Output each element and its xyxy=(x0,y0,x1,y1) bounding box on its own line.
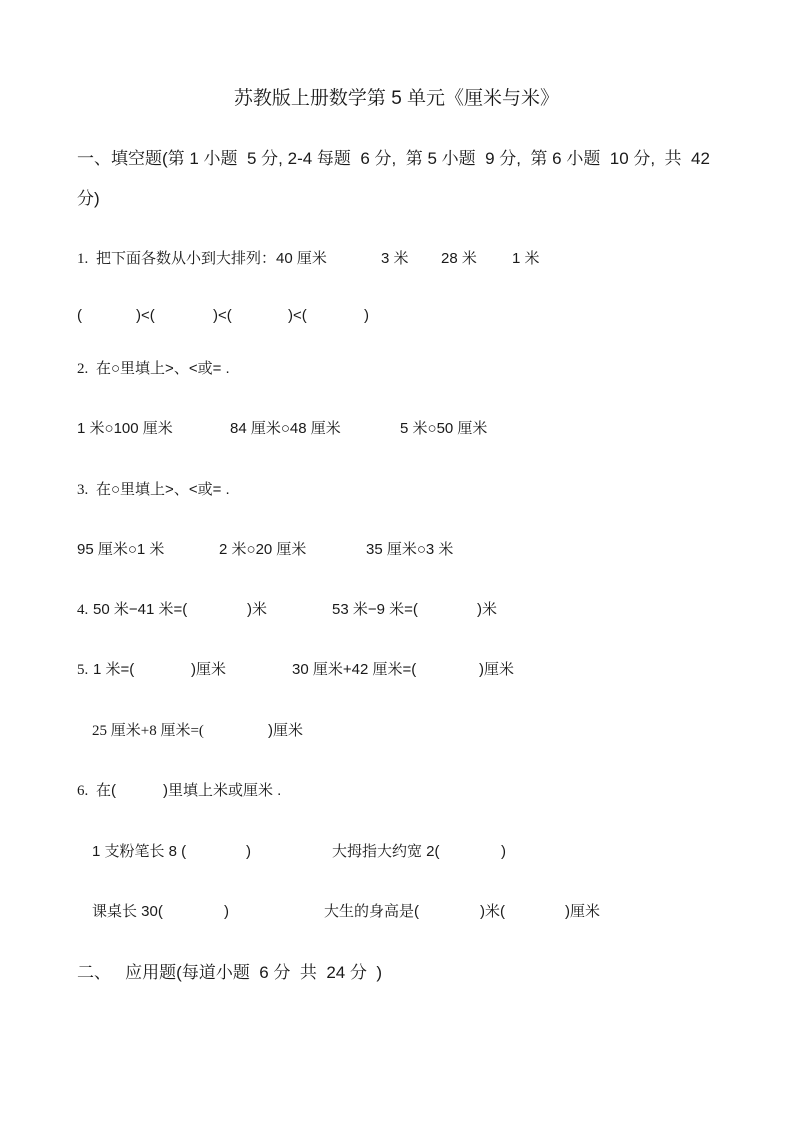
fill-item-left: 大拇指大约宽 2( xyxy=(332,842,440,862)
equation-left: 25 厘米+8 厘米=( xyxy=(92,721,204,741)
comparison-item: 95 厘米○1 米 xyxy=(77,540,164,560)
equation-right: )厘米 xyxy=(191,660,226,680)
question-prompt: 在○里填上>、<或= . xyxy=(96,480,230,500)
section-2-heading: 二、 应用题(每道小题 6 分 共 24 分 ) xyxy=(77,962,382,984)
fill-item-right: )厘米 xyxy=(565,902,600,922)
comparison-item: 5 米○50 厘米 xyxy=(400,419,487,439)
answer-blank-open: ( xyxy=(77,306,82,326)
fill-item-right: ) xyxy=(224,902,229,922)
question-number: 6. xyxy=(77,781,88,801)
item-28-m: 28 米 xyxy=(441,249,477,269)
equation-left: 53 米−9 米=( xyxy=(332,600,418,620)
equation-left: 30 厘米+42 厘米=( xyxy=(292,660,416,680)
equation-right: )厘米 xyxy=(268,721,303,741)
equation-left: 1 米=( xyxy=(93,660,134,680)
question-prompt: 把下面各数从小到大排列：40 厘米 xyxy=(96,249,327,269)
answer-blank-separator: )<( xyxy=(136,306,155,326)
equation-right: )米 xyxy=(477,600,497,620)
comparison-item: 2 米○20 厘米 xyxy=(219,540,306,560)
equation-left: 50 米−41 米=( xyxy=(93,600,187,620)
answer-blank-separator: )<( xyxy=(288,306,307,326)
answer-blank-separator: )<( xyxy=(213,306,232,326)
fill-item-left: 大生的身高是( xyxy=(324,902,419,922)
fill-item-right: ) xyxy=(501,842,506,862)
item-3-m: 3 米 xyxy=(381,249,409,269)
fill-item-right: ) xyxy=(246,842,251,862)
question-number: 3. xyxy=(77,480,88,500)
question-prompt-left: 在( xyxy=(96,781,116,801)
fill-item-middle: )米( xyxy=(480,902,505,922)
comparison-item: 1 米○100 厘米 xyxy=(77,419,173,439)
comparison-item: 84 厘米○48 厘米 xyxy=(230,419,341,439)
section-1-heading-continued: 分) xyxy=(77,188,100,210)
question-number: 5. xyxy=(77,660,88,680)
question-number: 4. xyxy=(77,600,88,620)
question-prompt-right: )里填上米或厘米 . xyxy=(163,781,281,801)
fill-item-left: 1 支粉笔长 8 ( xyxy=(92,842,186,862)
page-title: 苏教版上册数学第 5 单元《厘米与米》 xyxy=(0,86,793,112)
question-number: 1. xyxy=(77,249,88,269)
question-number: 2. xyxy=(77,359,88,379)
item-1-m: 1 米 xyxy=(512,249,540,269)
equation-right: )米 xyxy=(247,600,267,620)
worksheet-page: 苏教版上册数学第 5 单元《厘米与米》 一、填空题(第 1 小题 5 分, 2-… xyxy=(0,0,793,1122)
question-prompt: 在○里填上>、<或= . xyxy=(96,359,230,379)
answer-blank-close: ) xyxy=(364,306,369,326)
comparison-item: 35 厘米○3 米 xyxy=(366,540,453,560)
equation-right: )厘米 xyxy=(479,660,514,680)
fill-item-left: 课桌长 30( xyxy=(92,902,163,922)
section-1-heading: 一、填空题(第 1 小题 5 分, 2-4 每题 6 分, 第 5 小题 9 分… xyxy=(77,148,710,170)
